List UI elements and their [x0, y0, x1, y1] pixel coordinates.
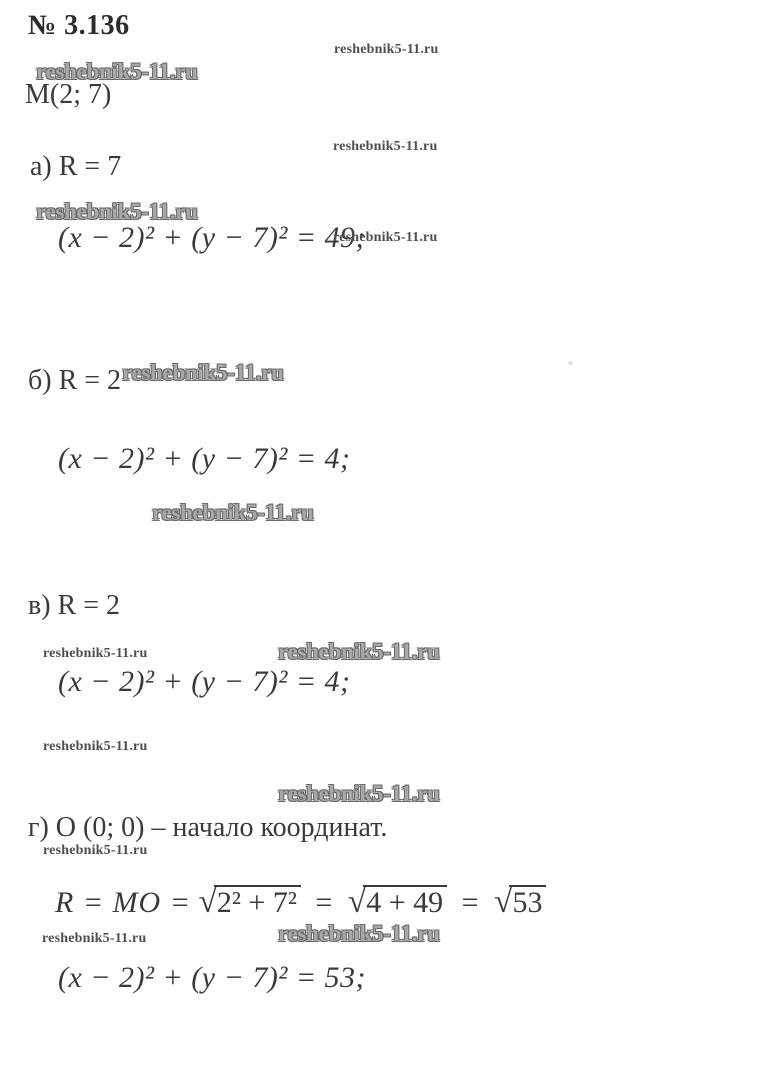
scan-speck: [568, 361, 573, 365]
watermark-small: reshebnik5-11.ru: [43, 843, 147, 859]
radical-expression: √4 + 49: [348, 883, 447, 921]
watermark-small: reshebnik5-11.ru: [334, 42, 438, 58]
radical-expression: √2² + 7²: [198, 883, 300, 921]
watermark-small: reshebnik5-11.ru: [43, 646, 147, 662]
section-b-label: б) R = 2: [28, 365, 121, 397]
watermark-large: reshebnik5-11.ru: [278, 921, 440, 947]
radicand: 4 + 49: [363, 885, 447, 919]
watermark-large: reshebnik5-11.ru: [278, 639, 440, 665]
section-a-equation: (x − 2)² + (y − 7)² = 49;: [58, 221, 366, 255]
section-g-equation: (x − 2)² + (y − 7)² = 53;: [58, 961, 366, 995]
radicand: 53: [509, 885, 546, 919]
radical-expression: √53: [494, 883, 546, 921]
section-g-label: г) O (0; 0) – начало координат.: [28, 812, 387, 844]
section-v-label: в) R = 2: [28, 590, 120, 622]
watermark-small: reshebnik5-11.ru: [333, 230, 437, 246]
radicand: 2² + 7²: [214, 885, 301, 919]
watermark-small: reshebnik5-11.ru: [43, 739, 147, 755]
problem-number: № 3.136: [28, 10, 130, 42]
watermark-small: reshebnik5-11.ru: [42, 931, 146, 947]
section-a-label: а) R = 7: [30, 151, 121, 183]
watermark-large: reshebnik5-11.ru: [152, 500, 314, 526]
radius-formula-lhs: R = MO =: [55, 886, 191, 919]
given-point: M(2; 7): [25, 79, 111, 111]
watermark-large: reshebnik5-11.ru: [122, 360, 284, 386]
watermark-small: reshebnik5-11.ru: [333, 139, 437, 155]
section-v-equation: (x − 2)² + (y − 7)² = 4;: [58, 665, 351, 699]
watermark-large: reshebnik5-11.ru: [278, 781, 440, 807]
equals-sign: =: [462, 886, 480, 919]
equals-sign: =: [315, 886, 333, 919]
section-b-equation: (x − 2)² + (y − 7)² = 4;: [58, 442, 351, 476]
radius-formula: R = MO = √2² + 7² = √4 + 49 = √53: [55, 883, 546, 921]
